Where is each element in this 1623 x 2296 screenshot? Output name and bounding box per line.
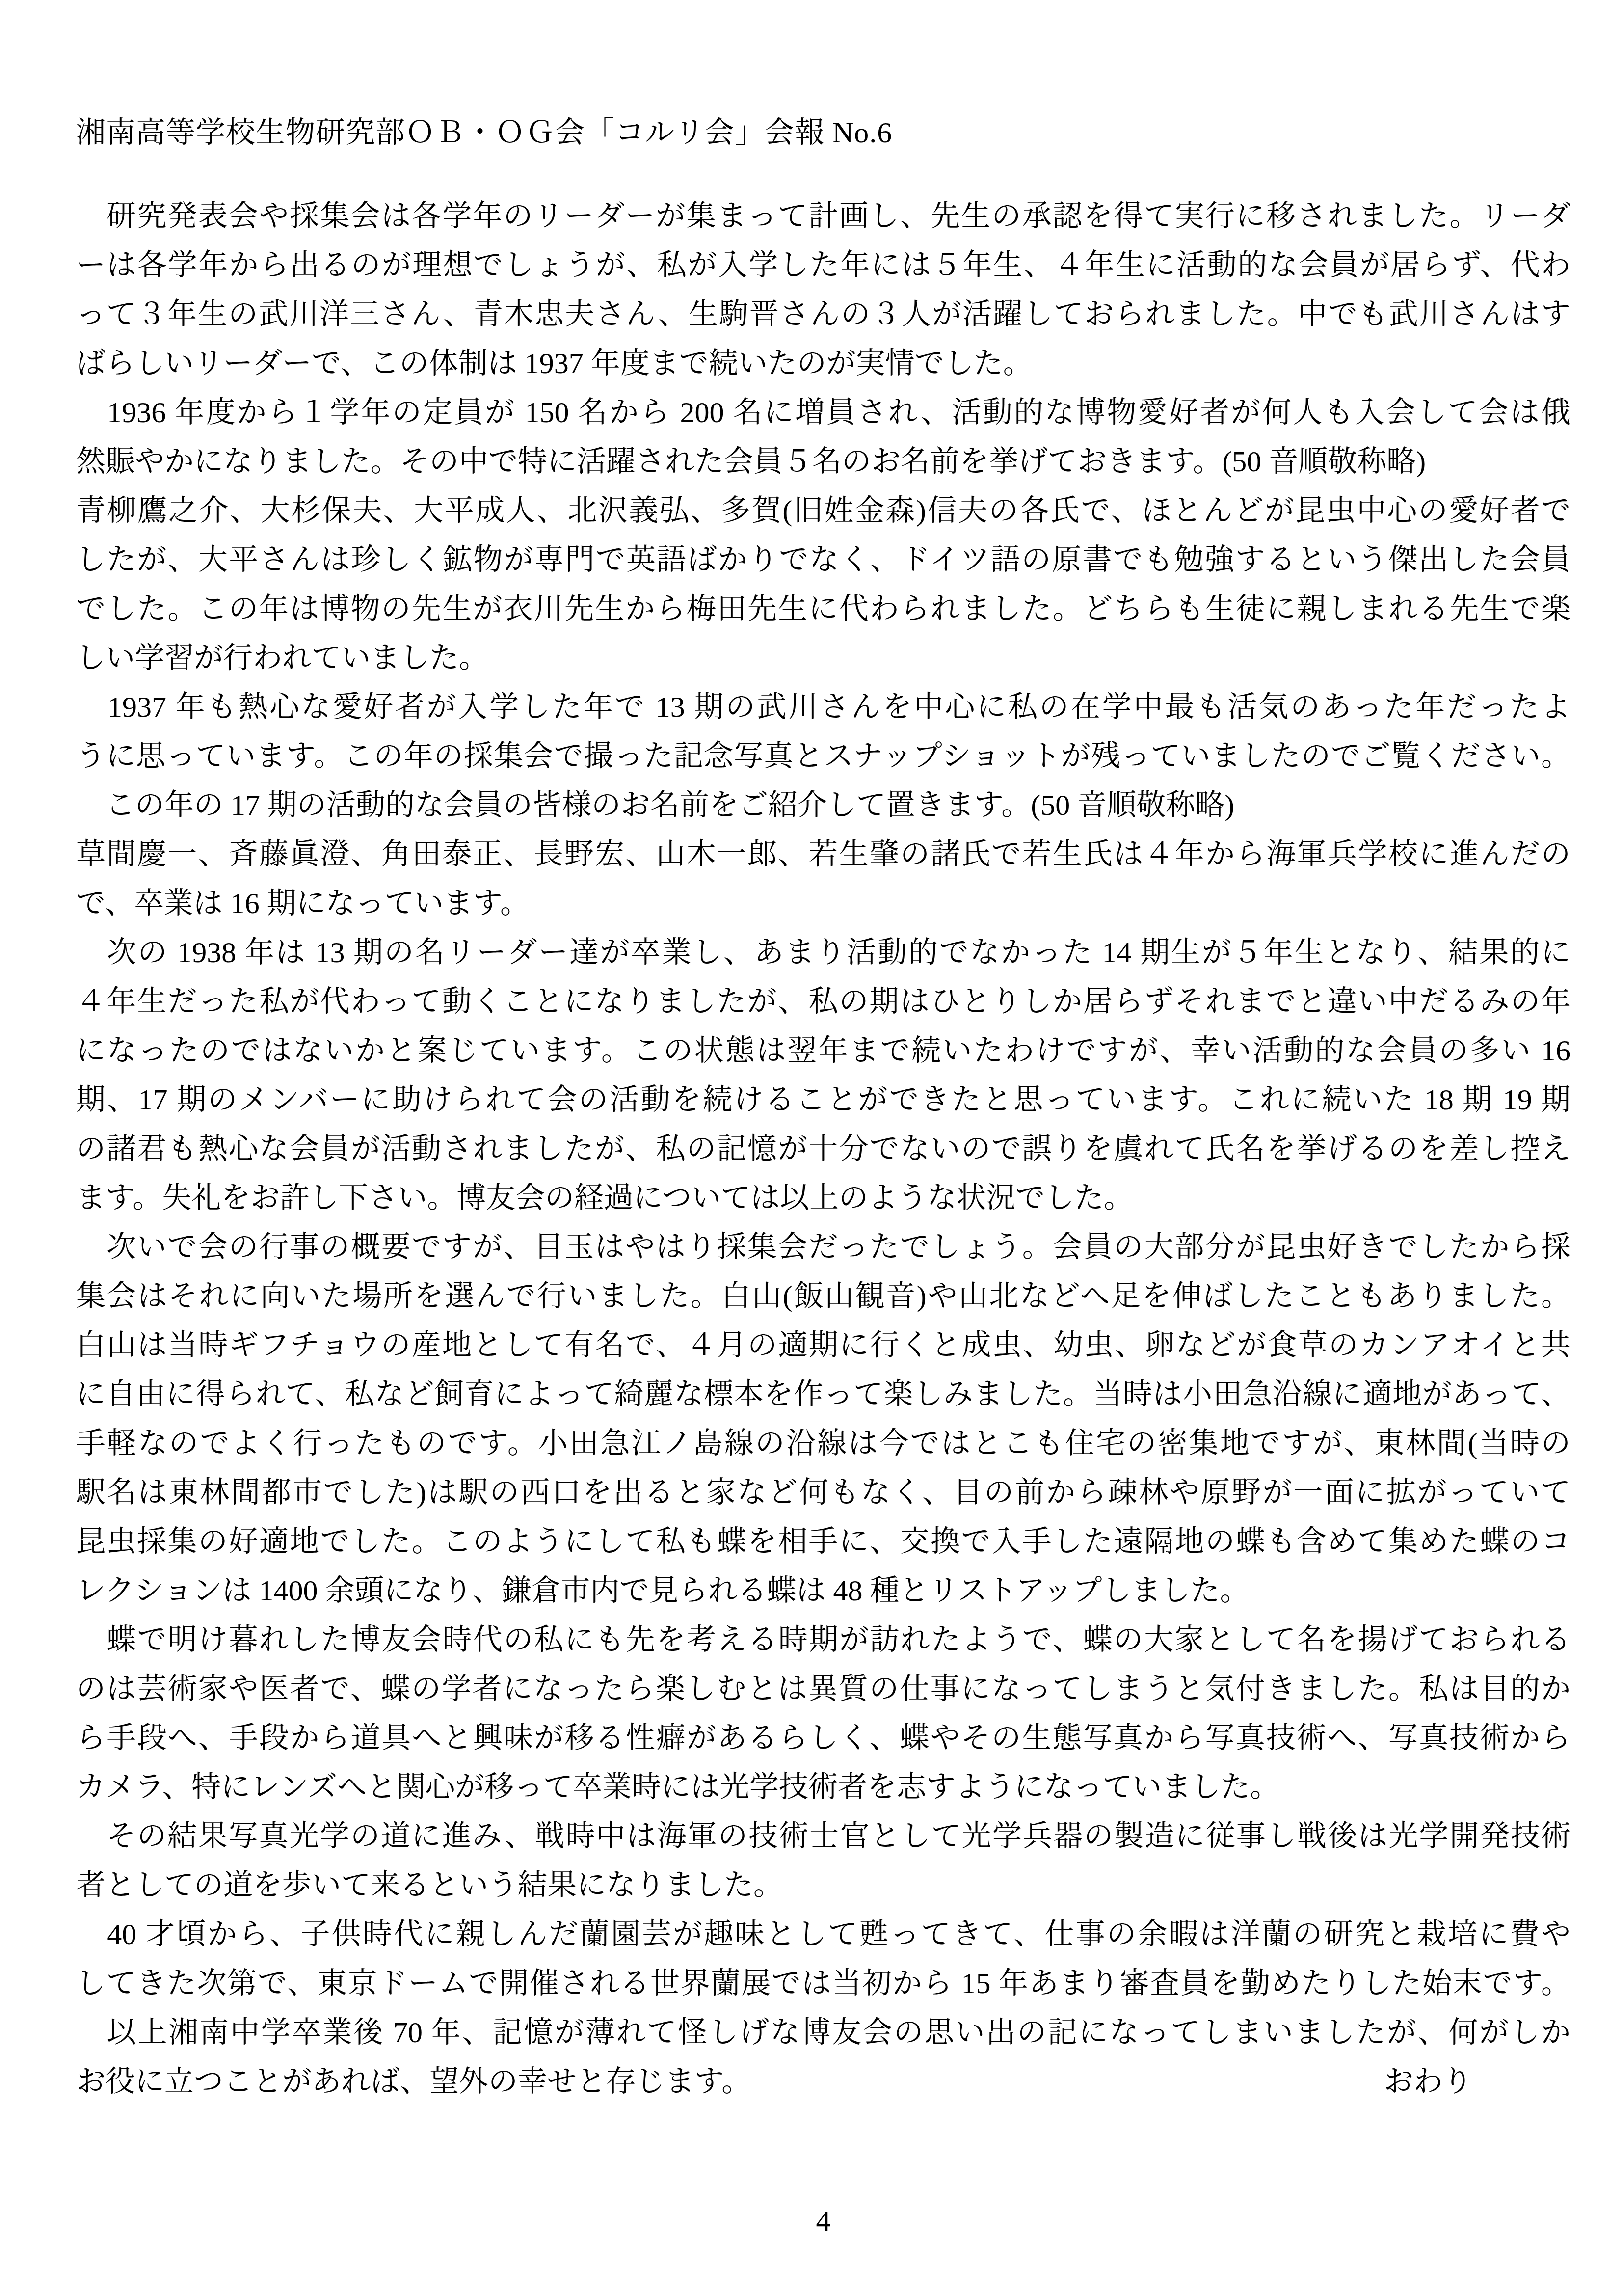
text-line: 研究発表会や採集会は各学年のリーダーが集まって計画し、先生の承認を得て実行に移さ…	[76, 191, 1570, 241]
text-line: の諸君も熱心な会員が活動されましたが、私の記憶が十分でないので誤りを虞れて氏名を…	[76, 1124, 1570, 1173]
document-page: 湘南高等学校生物研究部ＯＢ・ＯＧ会「コルリ会」会報 No.6 研究発表会や採集会…	[0, 0, 1623, 2296]
page-header: 湘南高等学校生物研究部ＯＢ・ＯＧ会「コルリ会」会報 No.6	[76, 108, 1570, 157]
text-line: 以上湘南中学卒業後 70 年、記憶が薄れて怪しげな博友会の思い出の記になってしま…	[76, 2008, 1570, 2057]
closing-mark: おわり	[1384, 2057, 1570, 2106]
text-line: 昆虫採集の好適地でした。このようにして私も蝶を相手に、交換で入手した遠隔地の蝶も…	[76, 1517, 1570, 1566]
text-line: 40 才頃から、子供時代に親しんだ蘭園芸が趣味として甦ってきて、仕事の余暇は洋蘭…	[76, 1910, 1570, 1959]
text-line: に自由に得られて、私など飼育によって綺麗な標本を作って楽しみました。当時は小田急…	[76, 1370, 1570, 1419]
page-number: 4	[76, 2196, 1570, 2245]
text-line-content: お役に立つことがあれば、望外の幸せと存じます。	[76, 2057, 751, 2106]
text-line: しい学習が行われていました。	[76, 633, 1570, 682]
text-line: 集会はそれに向いた場所を選んで行いました。白山(飯山観音)や山北などへ足を伸ばし…	[76, 1271, 1570, 1321]
text-line: したが、大平さんは珍しく鉱物が専門で英語ばかりでなく、ドイツ語の原書でも勉強する…	[76, 535, 1570, 584]
text-line: うに思っています。この年の採集会で撮った記念写真とスナップショットが残っていまし…	[76, 731, 1570, 781]
text-line: ーは各学年から出るのが理想でしょうが、私が入学した年には５年生、４年生に活動的な…	[76, 241, 1570, 290]
text-line: ４年生だった私が代わって動くことになりましたが、私の期はひとりしか居らずそれまで…	[76, 977, 1570, 1026]
text-line: してきた次第で、東京ドームで開催される世界蘭展では当初から 15 年あまり審査員…	[76, 1959, 1570, 2008]
text-line: 蝶で明け暮れした博友会時代の私にも先を考える時期が訪れたようで、蝶の大家として名…	[76, 1615, 1570, 1664]
text-line: 期、17 期のメンバーに助けられて会の活動を続けることができたと思っています。こ…	[76, 1075, 1570, 1124]
text-line: カメラ、特にレンズへと関心が移って卒業時には光学技術者を志すようになっていました…	[76, 1762, 1570, 1811]
text-line: 者としての道を歩いて来るという結果になりました。	[76, 1861, 1570, 1910]
document-body: 研究発表会や採集会は各学年のリーダーが集まって計画し、先生の承認を得て実行に移さ…	[76, 191, 1570, 2106]
text-line: 1936 年度から１学年の定員が 150 名から 200 名に増員され、活動的な…	[76, 388, 1570, 437]
text-line: 手軽なのでよく行ったものです。小田急江ノ島線の沿線は今ではとこも住宅の密集地です…	[76, 1419, 1570, 1468]
text-line: 白山は当時ギフチョウの産地として有名で、４月の適期に行くと成虫、幼虫、卵などが食…	[76, 1321, 1570, 1370]
text-line: この年の 17 期の活動的な会員の皆様のお名前をご紹介して置きます。(50 音順…	[76, 781, 1570, 830]
text-line: 青柳鷹之介、大杉保夫、大平成人、北沢義弘、多賀(旧姓金森)信夫の各氏で、ほとんど…	[76, 486, 1570, 535]
text-line: 駅名は東林間都市でした)は駅の西口を出ると家など何もなく、目の前から疎林や原野が…	[76, 1468, 1570, 1517]
text-line: ばらしいリーダーで、この体制は 1937 年度まで続いたのが実情でした。	[76, 339, 1570, 388]
text-line: お役に立つことがあれば、望外の幸せと存じます。おわり	[76, 2057, 1570, 2106]
text-line: 然賑やかになりました。その中で特に活躍された会員５名のお名前を挙げておきます。(…	[76, 437, 1570, 486]
text-line: ます。失礼をお許し下さい。博友会の経過については以上のような状況でした。	[76, 1173, 1570, 1222]
text-line: 1937 年も熱心な愛好者が入学した年で 13 期の武川さんを中心に私の在学中最…	[76, 682, 1570, 731]
text-line: で、卒業は 16 期になっています。	[76, 879, 1570, 928]
text-line: って３年生の武川洋三さん、青木忠夫さん、生駒晋さんの３人が活躍しておられました。…	[76, 290, 1570, 339]
text-line: 草間慶一、斉藤眞澄、角田泰正、長野宏、山木一郎、若生肇の諸氏で若生氏は４年から海…	[76, 830, 1570, 879]
text-line: 次の 1938 年は 13 期の名リーダー達が卒業し、あまり活動的でなかった 1…	[76, 928, 1570, 977]
text-line: その結果写真光学の道に進み、戦時中は海軍の技術士官として光学兵器の製造に従事し戦…	[76, 1811, 1570, 1861]
text-line: になったのではないかと案じています。この状態は翌年まで続いたわけですが、幸い活動…	[76, 1026, 1570, 1075]
text-line: ら手段へ、手段から道具へと興味が移る性癖があるらしく、蝶やその生態写真から写真技…	[76, 1713, 1570, 1762]
text-line: でした。この年は博物の先生が衣川先生から梅田先生に代わられました。どちらも生徒に…	[76, 584, 1570, 633]
text-line: のは芸術家や医者で、蝶の学者になったら楽しむとは異質の仕事になってしまうと気付き…	[76, 1664, 1570, 1713]
text-line: 次いで会の行事の概要ですが、目玉はやはり採集会だったでしょう。会員の大部分が昆虫…	[76, 1222, 1570, 1271]
text-line: レクションは 1400 余頭になり、鎌倉市内で見られる蝶は 48 種とリストアッ…	[76, 1566, 1570, 1615]
